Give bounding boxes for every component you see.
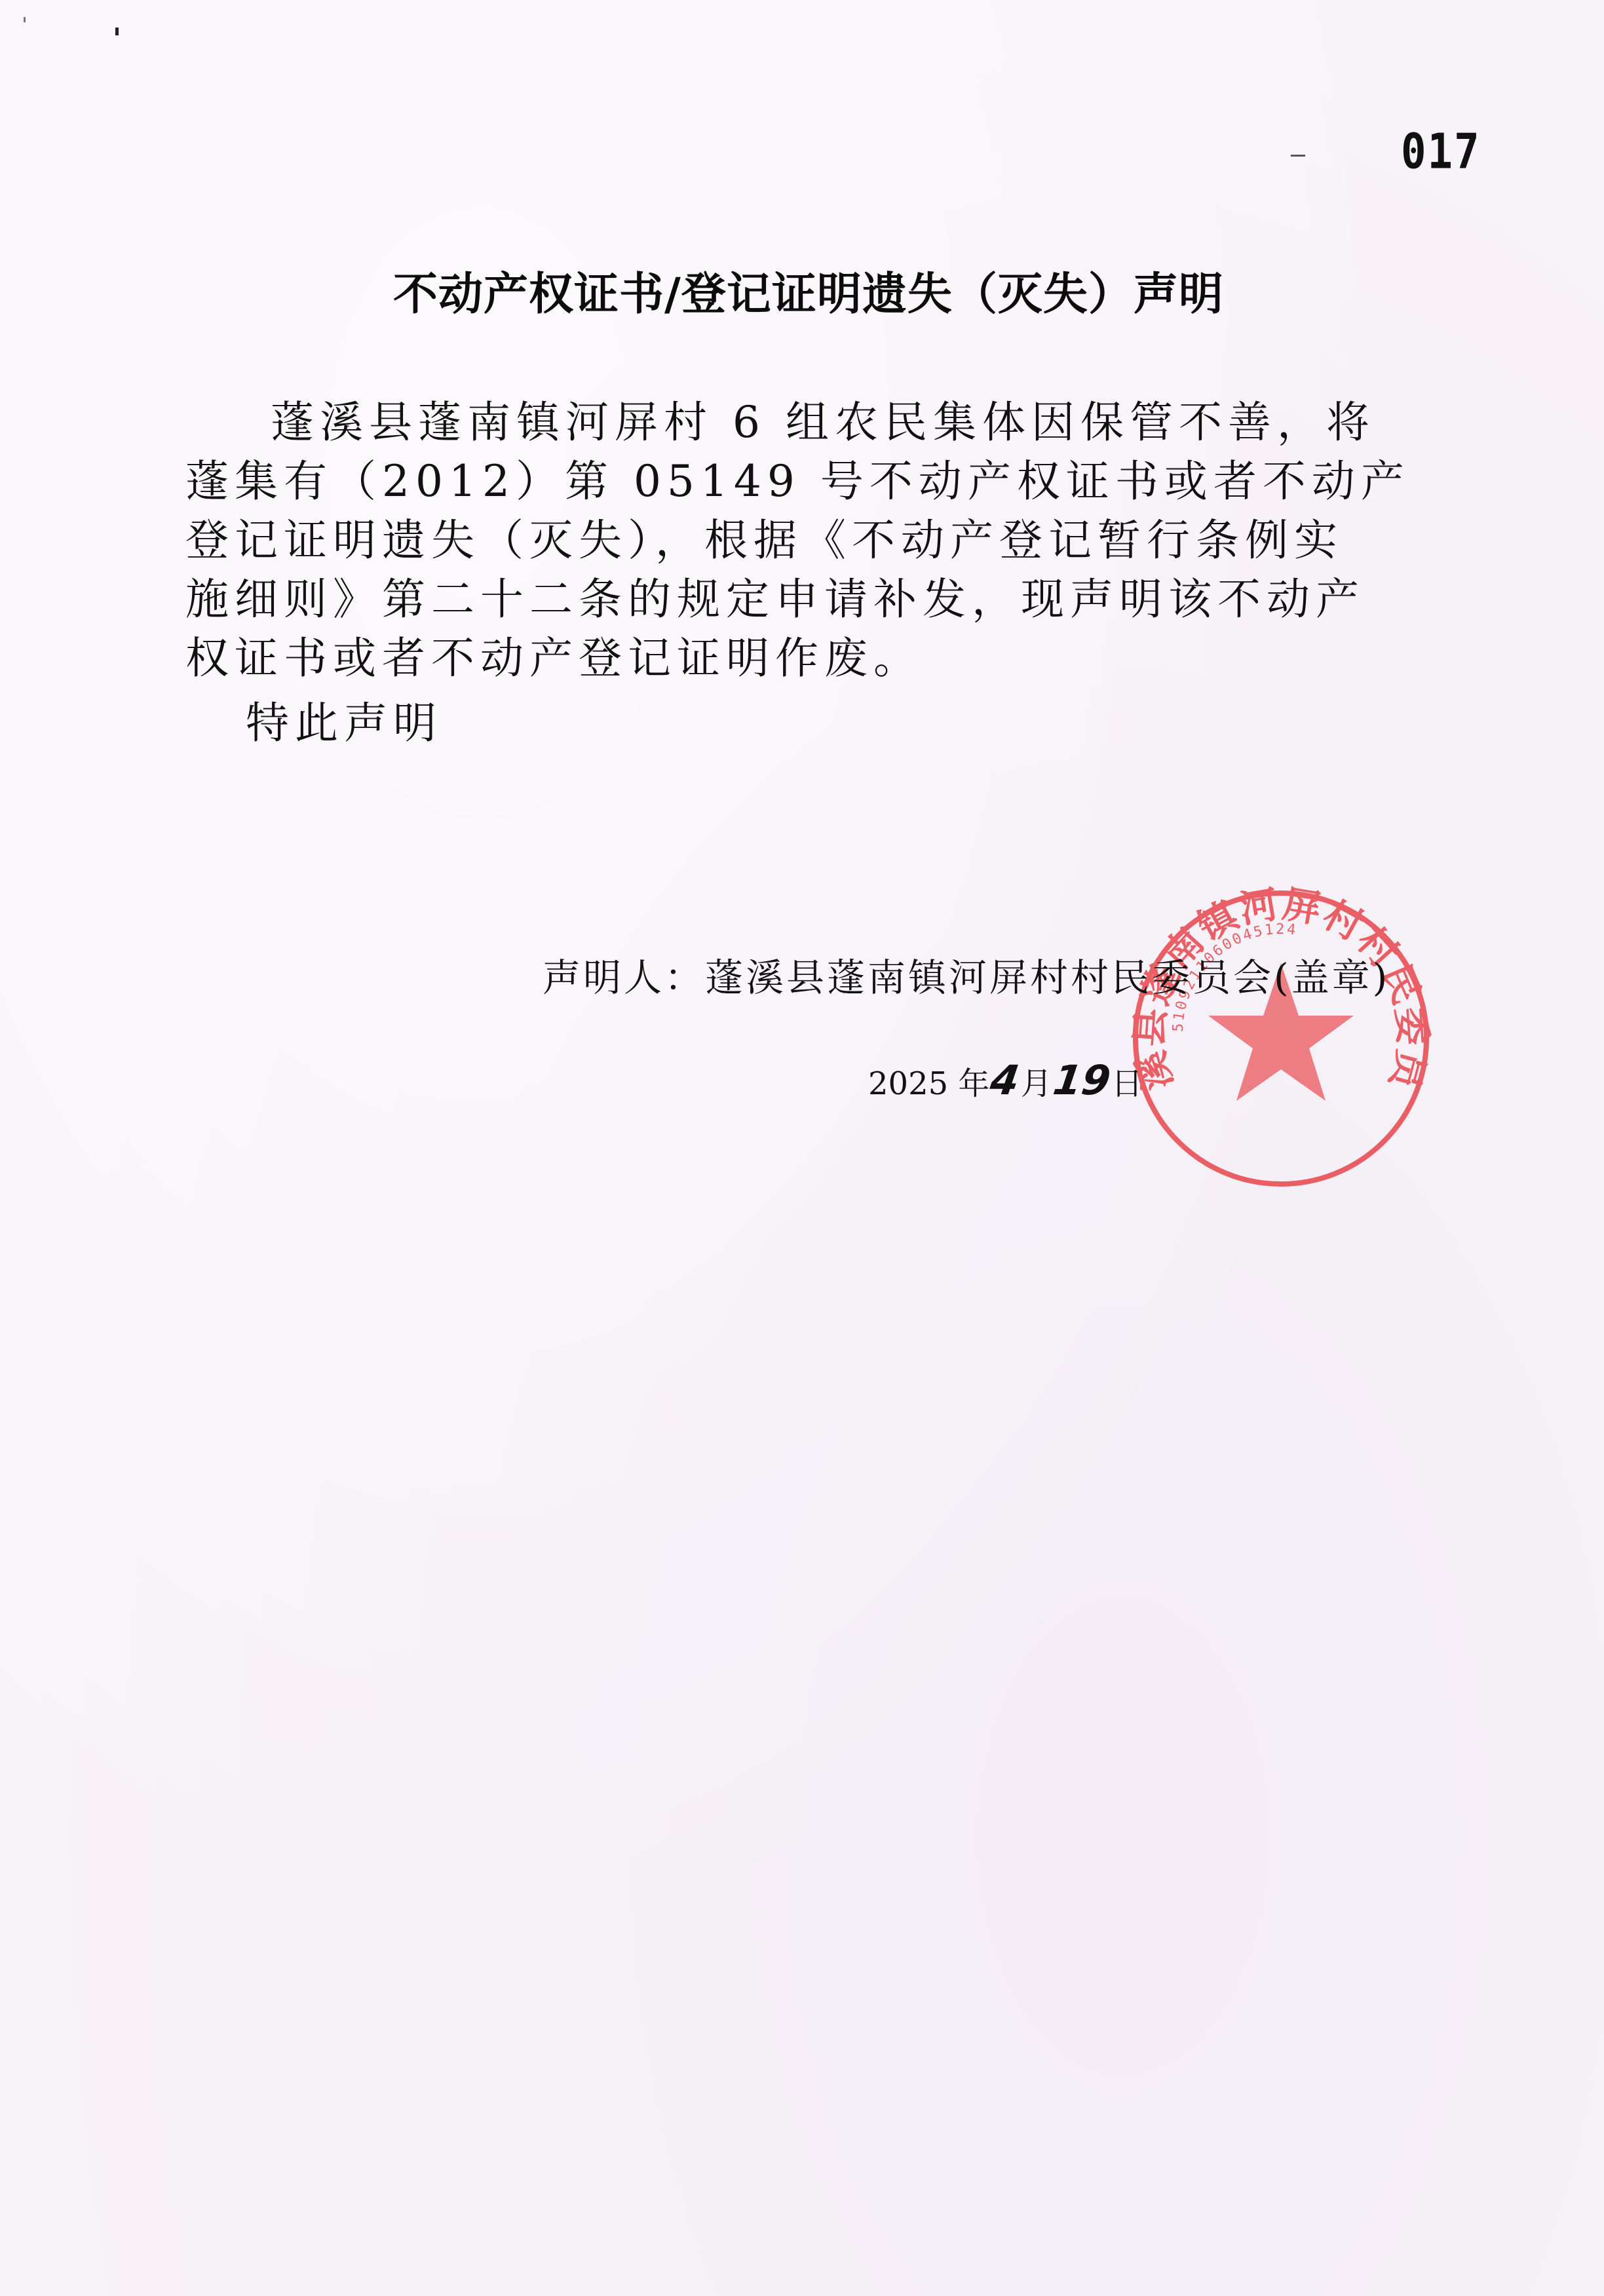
scan-speck	[24, 17, 26, 22]
date-year: 2025	[868, 1065, 948, 1102]
date-day-handwritten: 19	[1050, 1056, 1113, 1104]
signature-date: 2025 年4月19日	[868, 1056, 1143, 1104]
declaration-body: 蓬溪县蓬南镇河屏村 6 组农民集体因保管不善，将 蓬集有（2012）第 0514…	[185, 393, 1457, 688]
body-line-4: 施细则》第二十二条的规定申请补发，现声明该不动产	[185, 570, 1457, 629]
date-month-suffix: 月	[1021, 1065, 1052, 1102]
scan-mark	[1291, 155, 1305, 157]
document-title: 不动产权证书/登记证明遗失（灭失）声明	[393, 259, 1224, 322]
official-seal: 蓬溪县蓬南镇河屏村村民委员会 5109211060045124	[1127, 885, 1435, 1193]
page-number: 017	[1401, 124, 1481, 180]
scan-speck	[115, 28, 119, 35]
body-line-3: 登记证明遗失（灭失），根据《不动产登记暂行条例实	[185, 511, 1457, 570]
declarant-line: 声明人：蓬溪县蓬南镇河屏村村民委员会(盖章)	[543, 947, 1390, 1002]
date-year-suffix: 年	[958, 1065, 989, 1102]
body-line-2: 蓬集有（2012）第 05149 号不动产权证书或者不动产	[185, 452, 1457, 511]
document-page: 017 不动产权证书/登记证明遗失（灭失）声明 蓬溪县蓬南镇河屏村 6 组农民集…	[0, 0, 1604, 2296]
date-day-suffix: 日	[1111, 1065, 1143, 1102]
body-line-5: 权证书或者不动产登记证明作废。	[185, 629, 1457, 688]
closing-statement: 特此声明	[246, 688, 442, 750]
body-line-1: 蓬溪县蓬南镇河屏村 6 组农民集体因保管不善，将	[185, 393, 1457, 452]
date-month-handwritten: 4	[987, 1056, 1022, 1104]
